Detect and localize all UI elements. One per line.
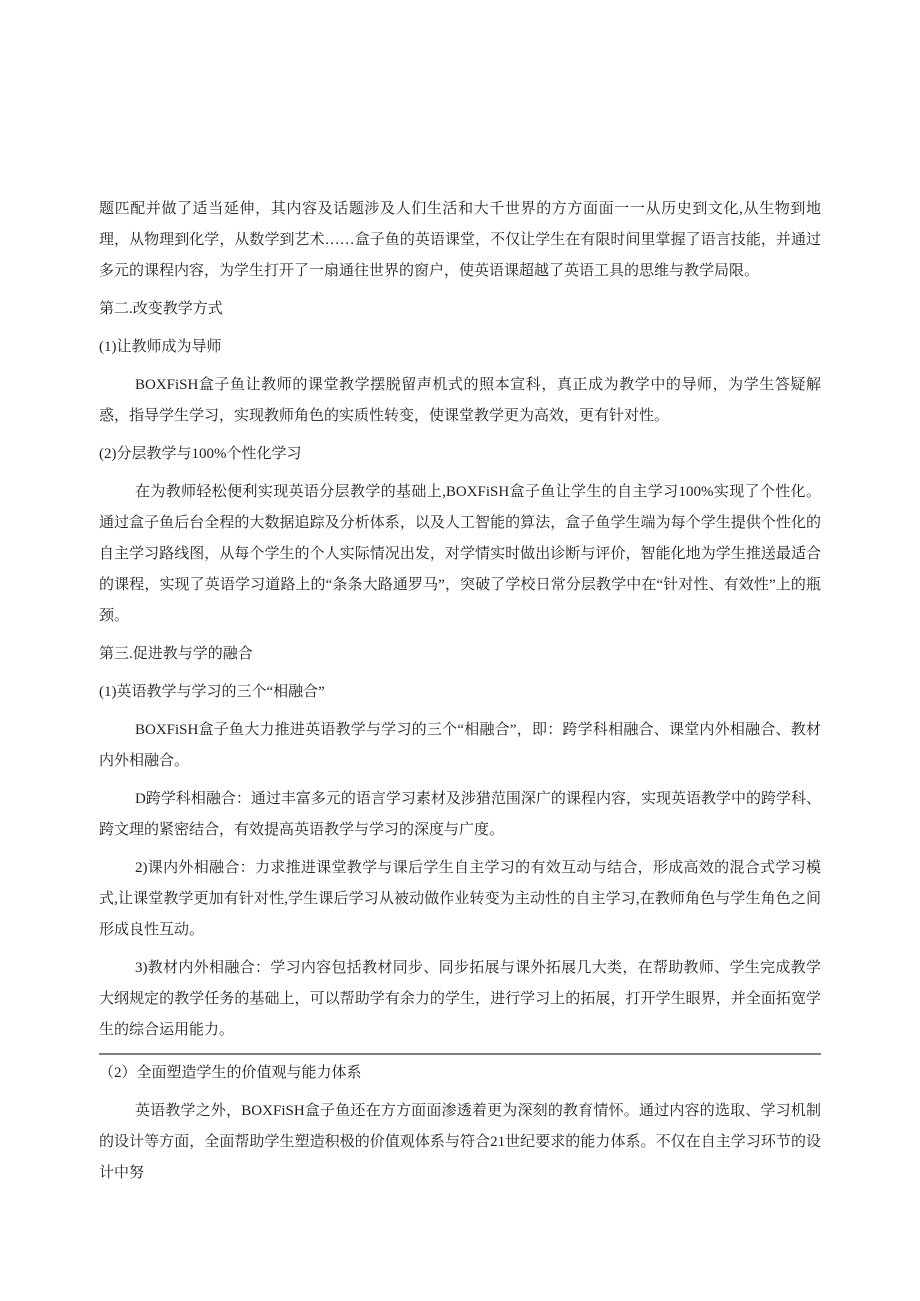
subsection-heading-2-1: (1)让教师成为导师 bbox=[99, 332, 821, 363]
body-paragraph: BOXFiSH盒子鱼大力推进英语教学与学习的三个“相融合”，即：跨学科相融合、课… bbox=[99, 715, 821, 777]
document-page: 题匹配并做了适当延伸，其内容及话题涉及人们生活和大千世界的方方面面一一从历史到文… bbox=[0, 0, 920, 1301]
body-paragraph: 在为教师轻松便利实现英语分层教学的基础上,BOXFiSH盒子鱼让学生的自主学习1… bbox=[99, 477, 821, 632]
body-paragraph-list-item-1: D跨学科相融合：通过丰富多元的语言学习素材及涉猎范围深广的课程内容，实现英语教学… bbox=[99, 784, 821, 846]
section-heading-3: 第三.促进教与学的融合 bbox=[99, 639, 821, 670]
subsection-heading-3-1: (1)英语教学与学习的三个“相融合” bbox=[99, 677, 821, 708]
page-break-separator-line bbox=[99, 1053, 821, 1055]
subsection-heading-values: （2）全面塑造学生的价值观与能力体系 bbox=[99, 1058, 821, 1089]
body-paragraph: BOXFiSH盒子鱼让教师的课堂教学摆脱留声机式的照本宣科，真正成为教学中的导师… bbox=[99, 370, 821, 432]
section-heading-2: 第二.改变教学方式 bbox=[99, 294, 821, 325]
body-paragraph-truncated: 英语教学之外，BOXFiSH盒子鱼还在方方面面渗透着更为深刻的教育情怀。通过内容… bbox=[99, 1096, 821, 1189]
body-paragraph-list-item-2: 2)课内外相融合：力求推进课堂教学与课后学生自主学习的有效互动与结合，形成高效的… bbox=[99, 853, 821, 946]
body-paragraph-continuation: 题匹配并做了适当延伸，其内容及话题涉及人们生活和大千世界的方方面面一一从历史到文… bbox=[99, 194, 821, 287]
body-paragraph-list-item-3: 3)教材内外相融合：学习内容包括教材同步、同步拓展与课外拓展几大类，在帮助教师、… bbox=[99, 953, 821, 1046]
subsection-heading-2-2: (2)分层教学与100%个性化学习 bbox=[99, 439, 821, 470]
